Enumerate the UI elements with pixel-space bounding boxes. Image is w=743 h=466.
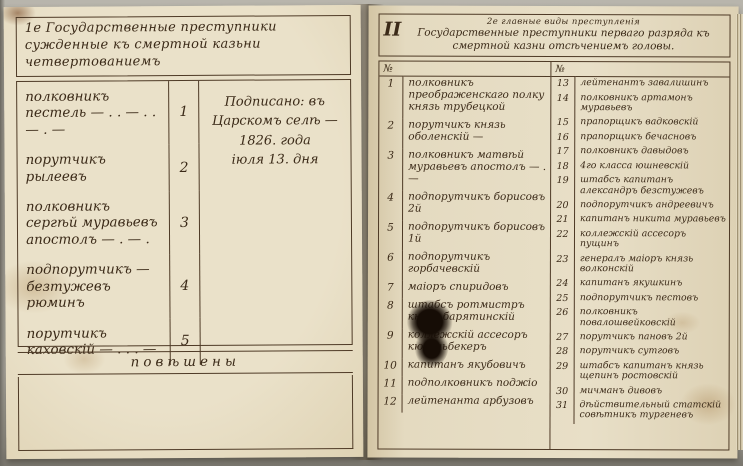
convict-name: порутчикъ князь оболенскій — [403,119,550,144]
entry-number: 1 [169,81,199,145]
entry-number: 19 [551,174,575,199]
entry-number: 2 [169,144,199,191]
entry-number: 23 [551,253,575,278]
entry-number: 24 [551,277,575,291]
entry-number: 1 [379,77,403,119]
entry-number: 21 [551,213,575,227]
entry-number: 5 [379,220,403,250]
convict-name: штабсъ капитанъ александръ безстужевъ [575,174,729,196]
convict-name: полковникъ матвѣй муравьевъ апостолъ — .… [403,149,550,186]
ink-blot [407,300,453,344]
convict-name: полковникъ пестель — . . — . . — . — [17,81,169,145]
convict-name: подпорутчикъ — безтужевъ рюминъ [18,255,170,319]
convict-name: подпорутчикъ пестовъ [575,292,729,304]
entry-number: 15 [551,116,575,130]
convict-name: порутчикъ рылеевъ [17,144,169,192]
convict-name: капитанъ никита муравьевъ [575,213,729,225]
number-column-header: № [379,62,403,77]
entry-number: 4 [170,254,200,318]
entry-number: 27 [551,331,575,345]
entry-number: 3 [170,191,200,255]
section-numeral: II [384,19,402,41]
signature-note: Подписано: въ Царскомъ селѣ — 1826. года… [199,80,352,365]
convict-name: лейтенантъ завалишинъ [575,77,729,89]
convict-name: коллежскій ассесоръ пущинъ [575,228,729,250]
entry-number: 8 [379,298,403,328]
convict-name: капитанъ якушкинъ [575,277,729,289]
entry-number: 30 [551,385,575,399]
entry-number: 14 [551,92,575,117]
entry-number: 20 [551,199,575,213]
name-column-header [403,62,550,77]
left-page: 1е Государственные преступники сужденные… [4,5,364,459]
convict-name: полковникъ повалошвейковскій [575,306,729,328]
entry-number: 2 [379,119,403,149]
convict-name: штабсъ капитанъ князь щепинъ ростовскій [575,360,729,382]
table-right-half: № 13 лейтенантъ завалишинъ 14 полковникъ… [550,62,729,449]
entry-number: 31 [550,399,574,424]
entry-number: 28 [551,345,575,359]
entry-number: 18 [551,160,575,174]
convict-name: маіоръ спиридовъ [403,280,550,293]
entry-number: 16 [551,131,575,145]
entry-number: 3 [379,149,403,191]
convict-name: лейтенанта арбузовъ [403,394,550,407]
executed-list-table: полковникъ пестель — . . — . . — . — 1 п… [16,79,353,347]
hanged-banner: повѣшены [18,350,353,375]
entry-number: 26 [551,306,575,331]
convict-name: подпорутчикъ андреевичъ [575,199,729,211]
number-column-header: № [551,62,575,77]
convict-name: подпорутчикъ борисовъ 2й [403,191,550,216]
entry-number: 12 [379,394,403,412]
first-category-table: № 1 полковникъ преображенскаго полку кня… [377,61,730,451]
convict-name: полковникъ преображенскаго полку князь т… [403,77,550,114]
convict-name: прапорщикъ вадковскій [575,117,729,129]
convict-name: мичманъ дивовъ [575,385,729,397]
entry-number: 10 [379,358,403,376]
entry-number: 6 [379,250,403,280]
convict-name: полковникъ давыдовъ [575,145,729,157]
convict-name: подпорутчикъ борисовъ 1й [403,221,550,246]
convict-name: полковникъ артамонъ муравьевъ [575,92,729,114]
convict-name: подполковникъ поджіо [403,376,550,389]
convict-name: дѣйствительный статскій совѣтникъ турген… [575,399,729,421]
left-page-title: 1е Государственные преступники сужденные… [16,15,351,77]
convict-name: порутчикъ сутговъ [575,345,729,357]
convict-name: прапорщикъ бечасновъ [575,131,729,143]
empty-section [18,375,353,451]
name-column-header [575,62,729,77]
entry-number: 22 [551,228,575,253]
table-left-half: № 1 полковникъ преображенскаго полку кня… [378,62,551,449]
right-page: II 2е главные виды преступленія Государс… [367,6,738,459]
entry-number: 17 [551,145,575,159]
convict-name: 4го класса юшневскій [575,160,729,172]
entry-number: 4 [379,191,403,221]
manuscript-scan: 1е Государственные преступники сужденные… [0,0,743,466]
right-page-header: II 2е главные виды преступленія Государс… [378,14,730,58]
entry-number: 11 [379,376,403,394]
entry-number: 13 [551,77,575,91]
right-page-title: Государственные преступники перваго разр… [403,27,723,54]
entry-number: 29 [551,360,575,385]
entry-number: 25 [551,292,575,306]
entry-number: 9 [379,328,403,358]
entry-number: 7 [379,280,403,298]
convict-name: порутчикъ пановъ 2й [575,331,729,343]
page-edges [736,14,743,450]
convict-name: полковникъ сергѣй муравьевъ апостолъ — .… [18,191,170,255]
convict-name: подпорутчикъ горбачевскій [403,250,550,275]
convict-name: генералъ маіоръ князь волконскій [575,253,729,275]
